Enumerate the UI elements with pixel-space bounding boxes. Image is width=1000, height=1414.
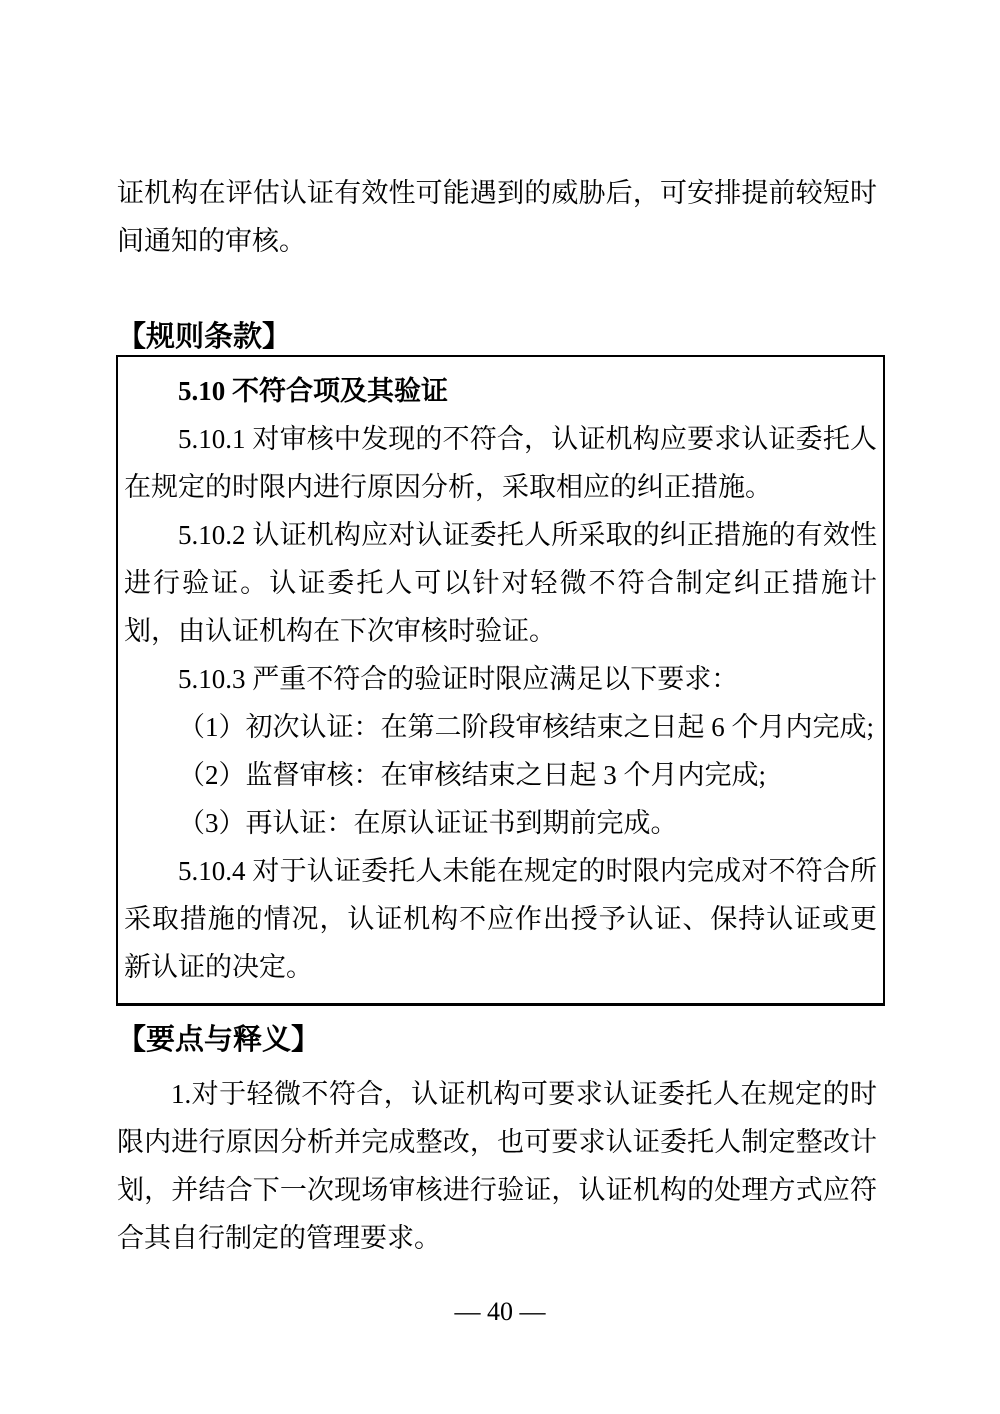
rule-paragraph-5-10-4: 5.10.4 对于认证委托人未能在规定的时限内完成对不符合所采取措施的情况，认证…	[124, 847, 877, 991]
rules-section-heading: 【规则条款】	[117, 320, 885, 354]
rule-paragraph-5-10-3: 5.10.3 严重不符合的验证时限应满足以下要求：	[124, 655, 877, 703]
notes-section-heading: 【要点与释义】	[117, 1023, 885, 1057]
page-number: — 40 —	[455, 1297, 546, 1326]
notes-paragraph: 1.对于轻微不符合，认证机构可要求认证委托人在规定的时限内进行原因分析并完成整改…	[117, 1070, 877, 1262]
document-page: 证机构在评估认证有效性可能遇到的威胁后，可安排提前较短时间通知的审核。 【规则条…	[0, 0, 1000, 1414]
rule-list-item-1: （1）初次认证：在第二阶段审核结束之日起 6 个月内完成;	[124, 703, 877, 751]
rule-list-item-3: （3）再认证：在原认证证书到期前完成。	[124, 799, 877, 847]
rule-paragraph-5-10-2: 5.10.2 认证机构应对认证委托人所采取的纠正措施的有效性进行验证。认证委托人…	[124, 511, 877, 655]
page-footer: — 40 —	[0, 1296, 1000, 1328]
rule-clause-box: 5.10 不符合项及其验证 5.10.1 对审核中发现的不符合，认证机构应要求认…	[116, 355, 885, 1006]
intro-paragraph: 证机构在评估认证有效性可能遇到的威胁后，可安排提前较短时间通知的审核。	[117, 169, 877, 265]
rule-box-title: 5.10 不符合项及其验证	[124, 367, 877, 415]
rule-list-item-2: （2）监督审核：在审核结束之日起 3 个月内完成;	[124, 751, 877, 799]
rule-paragraph-5-10-1: 5.10.1 对审核中发现的不符合，认证机构应要求认证委托人在规定的时限内进行原…	[124, 415, 877, 511]
